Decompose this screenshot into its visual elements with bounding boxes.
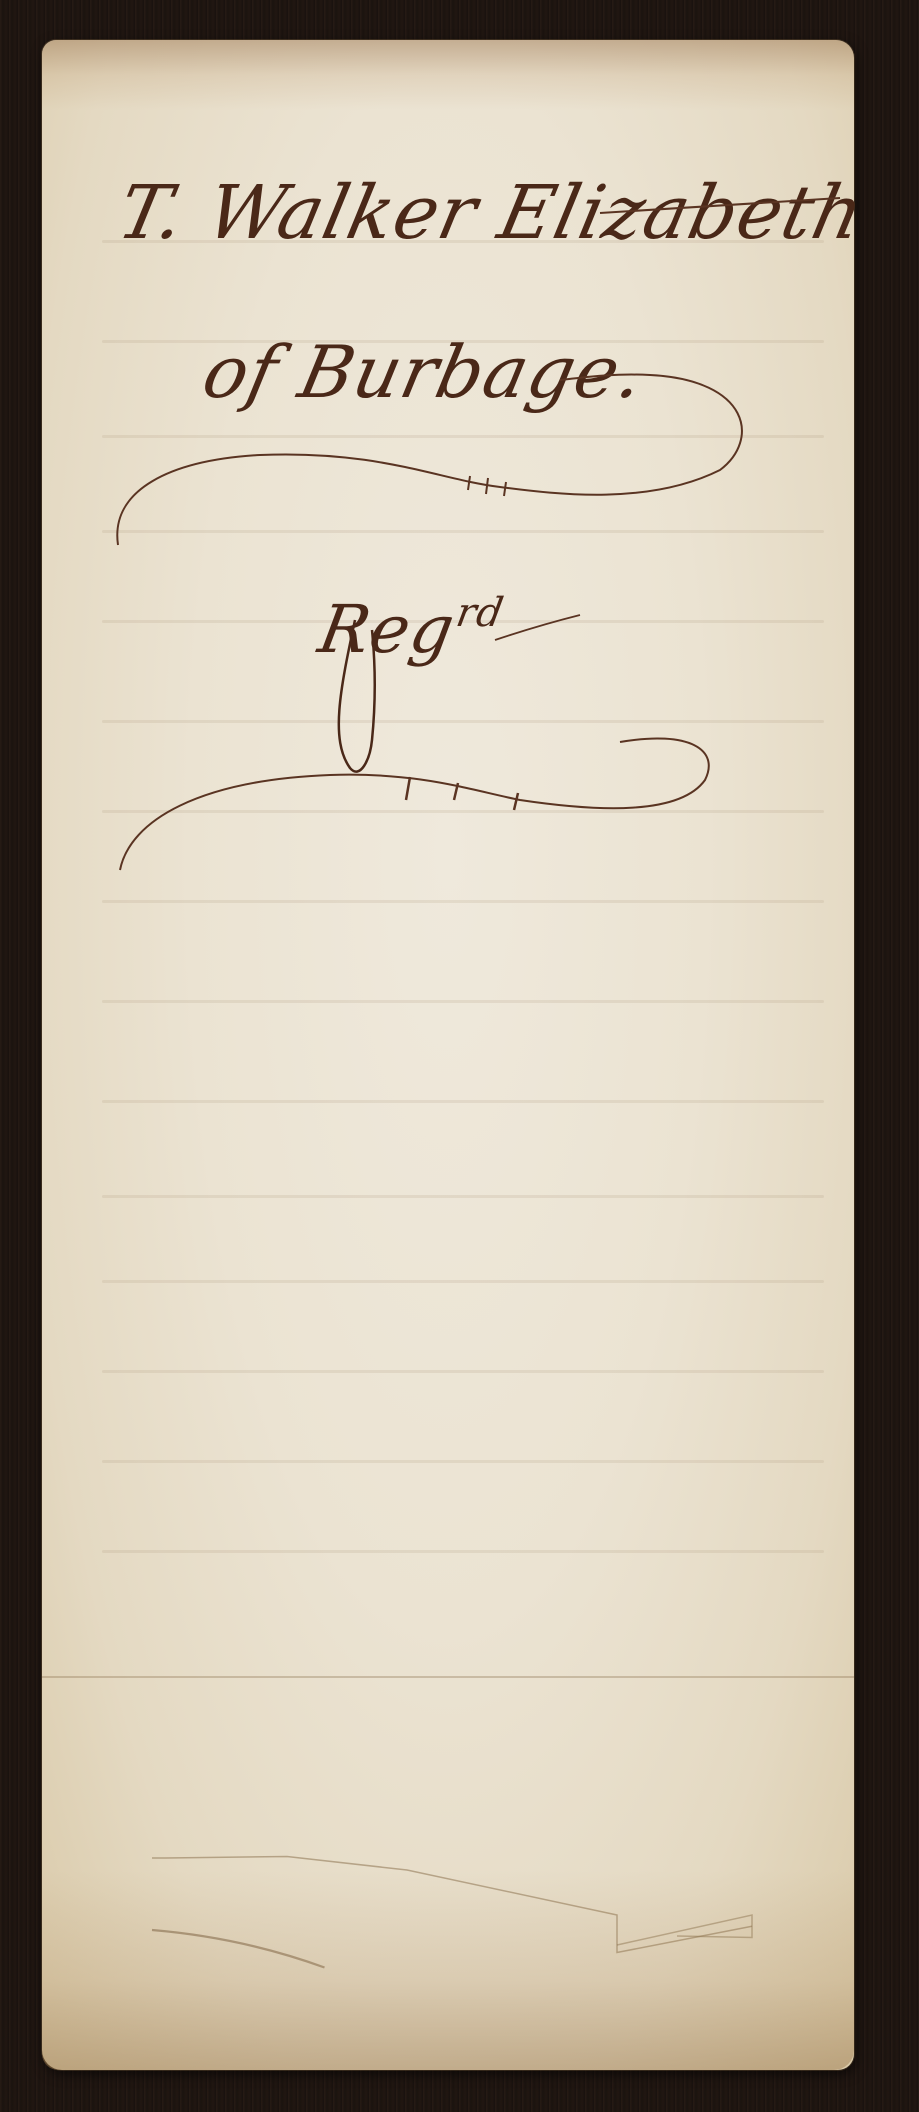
ink-flourish-underline-2 [0,0,919,2112]
